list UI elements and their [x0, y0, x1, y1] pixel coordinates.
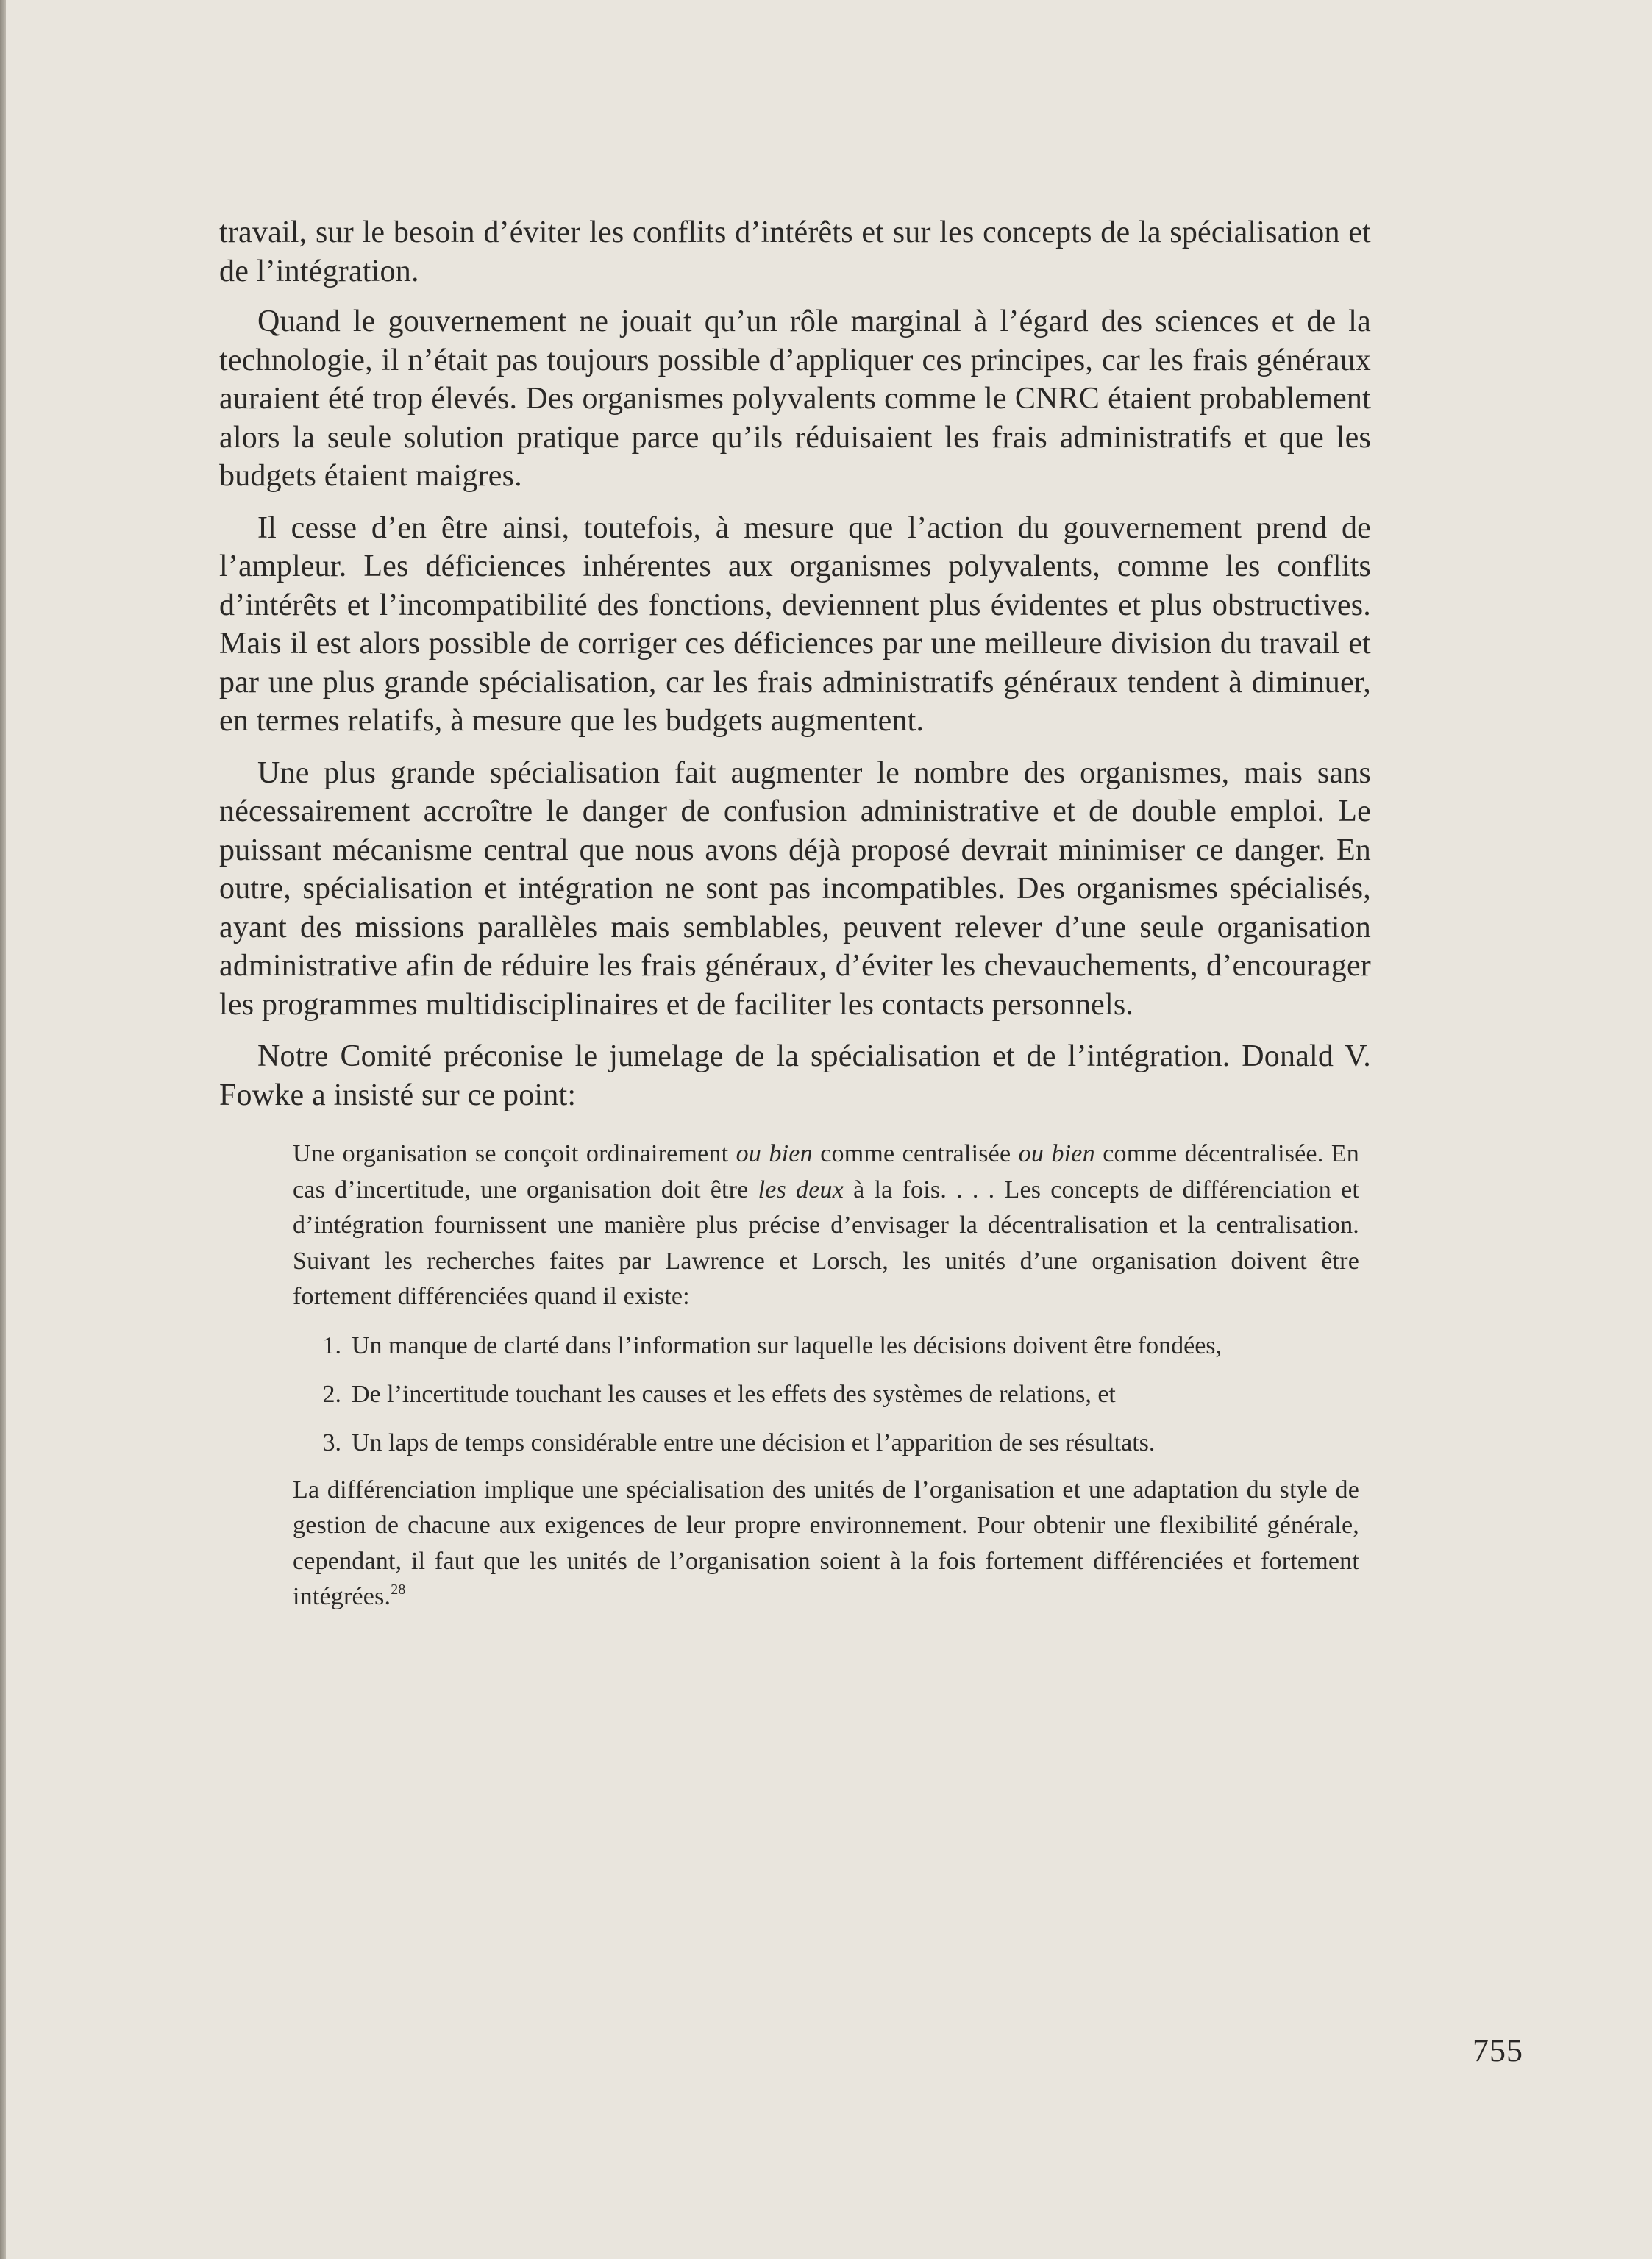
quote-text: La différenciation implique une spéciali…	[293, 1476, 1359, 1611]
body-paragraph: Quand le gouvernement ne jouait qu’un rô…	[219, 302, 1371, 496]
quote-emphasis: ou bien	[1019, 1140, 1095, 1167]
page-number: 755	[1473, 2032, 1523, 2069]
footnote-reference[interactable]: 28	[391, 1582, 405, 1598]
quote-text: comme centralisée	[813, 1140, 1019, 1167]
list-item: 2. De l’incertitude touchant les causes …	[293, 1376, 1359, 1414]
book-page: travail, sur le besoin d’éviter les conf…	[6, 0, 1652, 2259]
quote-text: Une organisation se conçoit ordinairemen…	[293, 1140, 736, 1167]
list-item-number: 2.	[293, 1376, 352, 1414]
quote-emphasis: ou bien	[736, 1140, 813, 1167]
body-paragraph-continuation: travail, sur le besoin d’éviter les conf…	[219, 213, 1371, 291]
body-paragraph: Notre Comité préconise le jumelage de la…	[219, 1037, 1371, 1114]
quote-closing: La différenciation implique une spéciali…	[293, 1473, 1359, 1615]
block-quote: Une organisation se conçoit ordinairemen…	[293, 1136, 1359, 1615]
list-item: 1. Un manque de clarté dans l’informatio…	[293, 1327, 1359, 1365]
list-item-text: De l’incertitude touchant les causes et …	[352, 1376, 1359, 1414]
quote-numbered-list: 1. Un manque de clarté dans l’informatio…	[293, 1327, 1359, 1462]
list-item: 3. Un laps de temps considérable entre u…	[293, 1424, 1359, 1462]
book-spine-edge	[0, 0, 6, 2259]
list-item-number: 3.	[293, 1424, 352, 1462]
body-paragraph: Il cesse d’en être ainsi, toutefois, à m…	[219, 509, 1371, 741]
list-item-text: Un manque de clarté dans l’information s…	[352, 1327, 1359, 1365]
list-item-text: Un laps de temps considérable entre une …	[352, 1424, 1359, 1462]
body-paragraph: Une plus grande spécialisation fait augm…	[219, 754, 1371, 1025]
quote-emphasis: les deux	[758, 1176, 844, 1203]
quote-intro: Une organisation se conçoit ordinairemen…	[293, 1136, 1359, 1315]
list-item-number: 1.	[293, 1327, 352, 1365]
main-text-block: travail, sur le besoin d’éviter les conf…	[219, 213, 1371, 1615]
